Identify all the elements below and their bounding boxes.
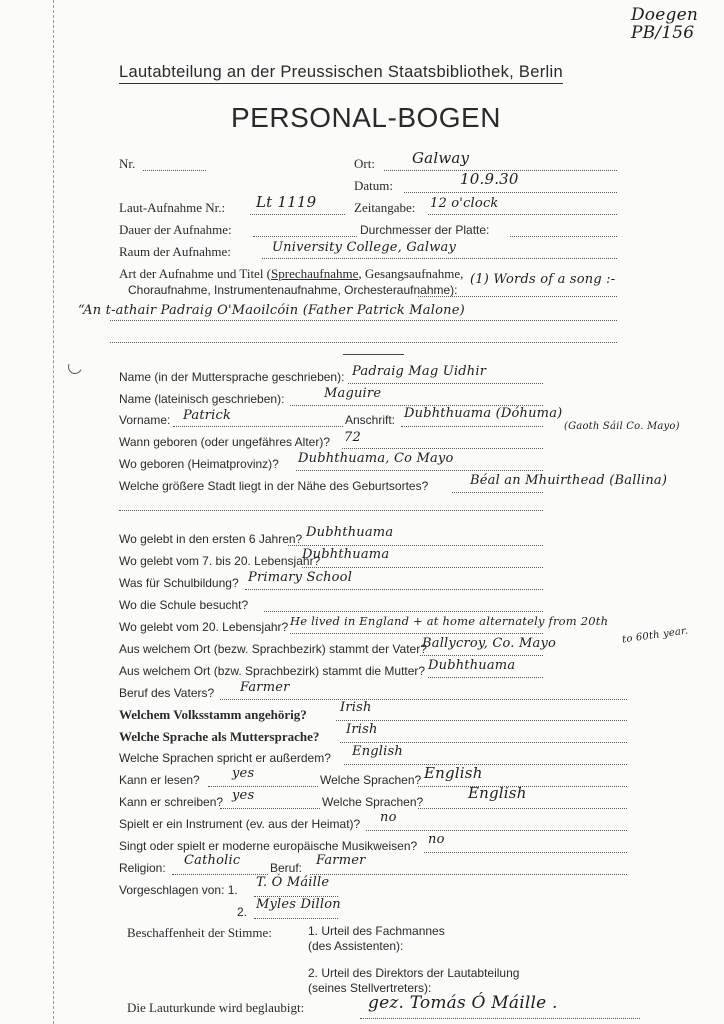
wo-geboren-value: Dubhthuama, Co Mayo bbox=[298, 451, 454, 466]
muttersprache-label: Welche Sprache als Muttersprache? bbox=[119, 729, 319, 745]
religion-field[interactable] bbox=[172, 874, 268, 875]
section-divider bbox=[343, 354, 404, 355]
volksstamm-field[interactable] bbox=[336, 720, 627, 721]
instrument-field[interactable] bbox=[366, 830, 627, 831]
datum-value: 10.9.30 bbox=[460, 170, 519, 188]
schreiben-sprachen-field[interactable] bbox=[418, 808, 627, 809]
beruf-label: Beruf: bbox=[270, 861, 302, 875]
margin-fold-line bbox=[53, 0, 54, 1024]
stadt-label: Welche größere Stadt liegt in der Nähe d… bbox=[119, 479, 428, 493]
geboren-value: 72 bbox=[344, 430, 361, 445]
laut-aufnahme-value: Lt 1119 bbox=[256, 193, 316, 211]
durchmesser-label: Durchmesser der Platte: bbox=[360, 223, 489, 237]
vorgeschlagen-2-field[interactable] bbox=[254, 918, 338, 919]
datum-label: Datum: bbox=[354, 178, 393, 194]
vorname-label: Vorname: bbox=[119, 413, 170, 427]
name-muttersprache-value: Padraig Mag Uidhir bbox=[352, 364, 486, 379]
ab-zwanzig-label: Wo gelebt vom 20. Lebensjahr? bbox=[119, 620, 288, 634]
form-title: PERSONAL-BOGEN bbox=[231, 102, 501, 134]
schulbildung-value: Primary School bbox=[248, 570, 352, 585]
vorgeschlagen-label: Vorgeschlagen von: 1. bbox=[119, 883, 238, 897]
ab-zwanzig-value: He lived in England + at home alternatel… bbox=[290, 614, 608, 628]
beruf-field[interactable] bbox=[310, 874, 627, 875]
geboren-field[interactable] bbox=[342, 448, 543, 449]
laut-aufnahme-label: Laut-Aufnahme Nr.: bbox=[119, 200, 225, 216]
schulbildung-field[interactable] bbox=[245, 589, 543, 590]
erste-jahre-label: Wo gelebt in den ersten 6 Jahren? bbox=[119, 532, 302, 546]
beruf-vater-value: Farmer bbox=[240, 680, 290, 695]
anschrift-note: (Gaoth Sáil Co. Mayo) bbox=[564, 421, 680, 432]
anschrift-field[interactable] bbox=[401, 426, 543, 427]
vorgeschlagen-2-value: Myles Dillon bbox=[256, 897, 341, 912]
lesen-value: yes bbox=[232, 766, 254, 781]
zeitangabe-value: 12 o'clock bbox=[430, 196, 499, 211]
art-label-line2: Choraufnahme, Instrumentenaufnahme, Orch… bbox=[128, 283, 458, 297]
urteil2-line1: 2. Urteil des Direktors der Lautabteilun… bbox=[308, 966, 519, 980]
sprachen-field[interactable] bbox=[344, 764, 627, 765]
dauer-label: Dauer der Aufnahme: bbox=[119, 222, 232, 238]
punch-hole-mark bbox=[66, 358, 84, 376]
beruf-value: Farmer bbox=[316, 853, 366, 868]
ab-zwanzig-field[interactable] bbox=[290, 633, 543, 634]
archive-ref-line1: Doegen bbox=[631, 6, 698, 24]
signature: gez. Tomás Ó Máille . bbox=[368, 993, 558, 1013]
archive-reference: Doegen PB/156 bbox=[631, 6, 698, 42]
ort-label: Ort: bbox=[354, 156, 375, 172]
art-value-line2: “An t-athair Padraig O'Maoilcóin (Father… bbox=[78, 303, 465, 318]
anschrift-value: Dubhthuama (Dóhuma) bbox=[404, 406, 562, 421]
name-muttersprache-label: Name (in der Muttersprache geschrieben): bbox=[119, 370, 344, 384]
institution-heading: Lautabteilung an der Preussischen Staats… bbox=[119, 63, 563, 84]
dauer-field[interactable] bbox=[253, 236, 357, 237]
art-field-line2[interactable] bbox=[110, 320, 617, 321]
schule-besucht-label: Wo die Schule besucht? bbox=[119, 598, 248, 612]
sieben-zwanzig-label: Wo gelebt vom 7. bis 20. Lebensjahr? bbox=[119, 554, 320, 568]
wo-geboren-label: Wo geboren (Heimatprovinz)? bbox=[119, 457, 279, 471]
schreiben-label: Kann er schreiben? bbox=[119, 795, 223, 809]
sieben-zwanzig-field[interactable] bbox=[302, 567, 543, 568]
volksstamm-value: Irish bbox=[340, 700, 372, 715]
selected-recording-type: Sprechaufnahme bbox=[271, 266, 358, 281]
extra-line-field[interactable] bbox=[119, 510, 543, 511]
sprachen-label: Welche Sprachen spricht er außerdem? bbox=[119, 751, 331, 765]
ort-value: Galway bbox=[412, 149, 469, 167]
stadt-value: Béal an Mhuirthead (Ballina) bbox=[470, 473, 667, 488]
ab-zwanzig-value-cont: to 60th year. bbox=[622, 625, 689, 645]
signature-field[interactable] bbox=[360, 1018, 640, 1019]
religion-value: Catholic bbox=[184, 853, 240, 868]
durchmesser-field[interactable] bbox=[510, 236, 617, 237]
schreiben-sprachen-label: Welche Sprachen? bbox=[322, 795, 423, 809]
raum-value: University College, Galway bbox=[272, 240, 456, 255]
musik-field[interactable] bbox=[424, 852, 627, 853]
mutter-ort-field[interactable] bbox=[428, 677, 543, 678]
nr-label: Nr. bbox=[119, 156, 135, 172]
erste-jahre-value: Dubhthuama bbox=[306, 525, 393, 540]
beruf-vater-label: Beruf des Vaters? bbox=[119, 686, 214, 700]
vater-ort-field[interactable] bbox=[420, 655, 543, 656]
urteil1-line2: (des Assistenten): bbox=[308, 939, 403, 953]
muttersprache-value: Irish bbox=[346, 722, 378, 737]
name-muttersprache-field[interactable] bbox=[348, 383, 543, 384]
vater-ort-value: Ballycroy, Co. Mayo bbox=[422, 636, 556, 651]
instrument-value: no bbox=[380, 810, 397, 825]
raum-field[interactable] bbox=[262, 258, 617, 259]
mutter-ort-value: Dubhthuama bbox=[428, 658, 515, 673]
nr-field[interactable] bbox=[143, 170, 206, 171]
erste-jahre-field[interactable] bbox=[288, 545, 543, 546]
beglaubigt-label: Die Lauturkunde wird beglaubigt: bbox=[127, 1000, 304, 1016]
instrument-label: Spielt er ein Instrument (ev. aus der He… bbox=[119, 817, 360, 831]
zeitangabe-label: Zeitangabe: bbox=[354, 200, 415, 216]
sieben-zwanzig-value: Dubhthuama bbox=[302, 547, 389, 562]
wo-geboren-field[interactable] bbox=[296, 470, 543, 471]
mutter-ort-label: Aus welchem Ort (bzw. Sprachbezirk) stam… bbox=[119, 664, 425, 678]
musik-value: no bbox=[428, 832, 445, 847]
schulbildung-label: Was für Schulbildung? bbox=[119, 576, 239, 590]
stimme-label: Beschaffenheit der Stimme: bbox=[127, 925, 272, 941]
lesen-label: Kann er lesen? bbox=[119, 773, 200, 787]
lesen-sprachen-label: Welche Sprachen? bbox=[320, 773, 421, 787]
anschrift-label: Anschrift: bbox=[345, 413, 395, 427]
urteil1-line1: 1. Urteil des Fachmannes bbox=[308, 924, 445, 938]
art-field-line3[interactable] bbox=[110, 342, 617, 343]
art-field[interactable] bbox=[418, 296, 617, 297]
vorgeschlagen-1-value: T. Ó Máille bbox=[256, 875, 329, 890]
raum-label: Raum der Aufnahme: bbox=[119, 244, 231, 260]
schule-besucht-field[interactable] bbox=[264, 611, 543, 612]
zeitangabe-field[interactable] bbox=[428, 214, 617, 215]
art-label-line1: Art der Aufnahme und Titel (Sprechaufnah… bbox=[119, 266, 463, 282]
muttersprache-field[interactable] bbox=[340, 742, 627, 743]
laut-aufnahme-field[interactable] bbox=[250, 214, 345, 215]
vorname-value: Patrick bbox=[183, 408, 231, 423]
lesen-sprachen-value: English bbox=[424, 764, 483, 782]
vater-ort-label: Aus welchem Ort (bezw. Sprachbezirk) sta… bbox=[119, 642, 427, 656]
beruf-vater-field[interactable] bbox=[220, 699, 627, 700]
volksstamm-label: Welchem Volksstamm angehörig? bbox=[119, 707, 307, 723]
vorgeschlagen-2-label: 2. bbox=[237, 905, 247, 919]
vorname-field[interactable] bbox=[173, 426, 343, 427]
datum-field[interactable] bbox=[404, 192, 617, 193]
sprachen-value: English bbox=[352, 744, 403, 759]
lesen-field[interactable] bbox=[208, 786, 318, 787]
name-lateinisch-value: Maguire bbox=[324, 386, 381, 401]
name-lateinisch-label: Name (lateinisch geschrieben): bbox=[119, 392, 284, 406]
schreiben-field[interactable] bbox=[220, 808, 320, 809]
schreiben-value: yes bbox=[232, 788, 254, 803]
schreiben-sprachen-value: English bbox=[468, 784, 527, 802]
musik-label: Singt oder spielt er moderne europäische… bbox=[119, 839, 417, 853]
archive-ref-line2: PB/156 bbox=[631, 24, 698, 42]
religion-label: Religion: bbox=[119, 861, 166, 875]
stadt-field[interactable] bbox=[452, 492, 543, 493]
art-value-line1: (1) Words of a song :- bbox=[470, 272, 615, 287]
geboren-label: Wann geboren (oder ungefähres Alter)? bbox=[119, 435, 330, 449]
